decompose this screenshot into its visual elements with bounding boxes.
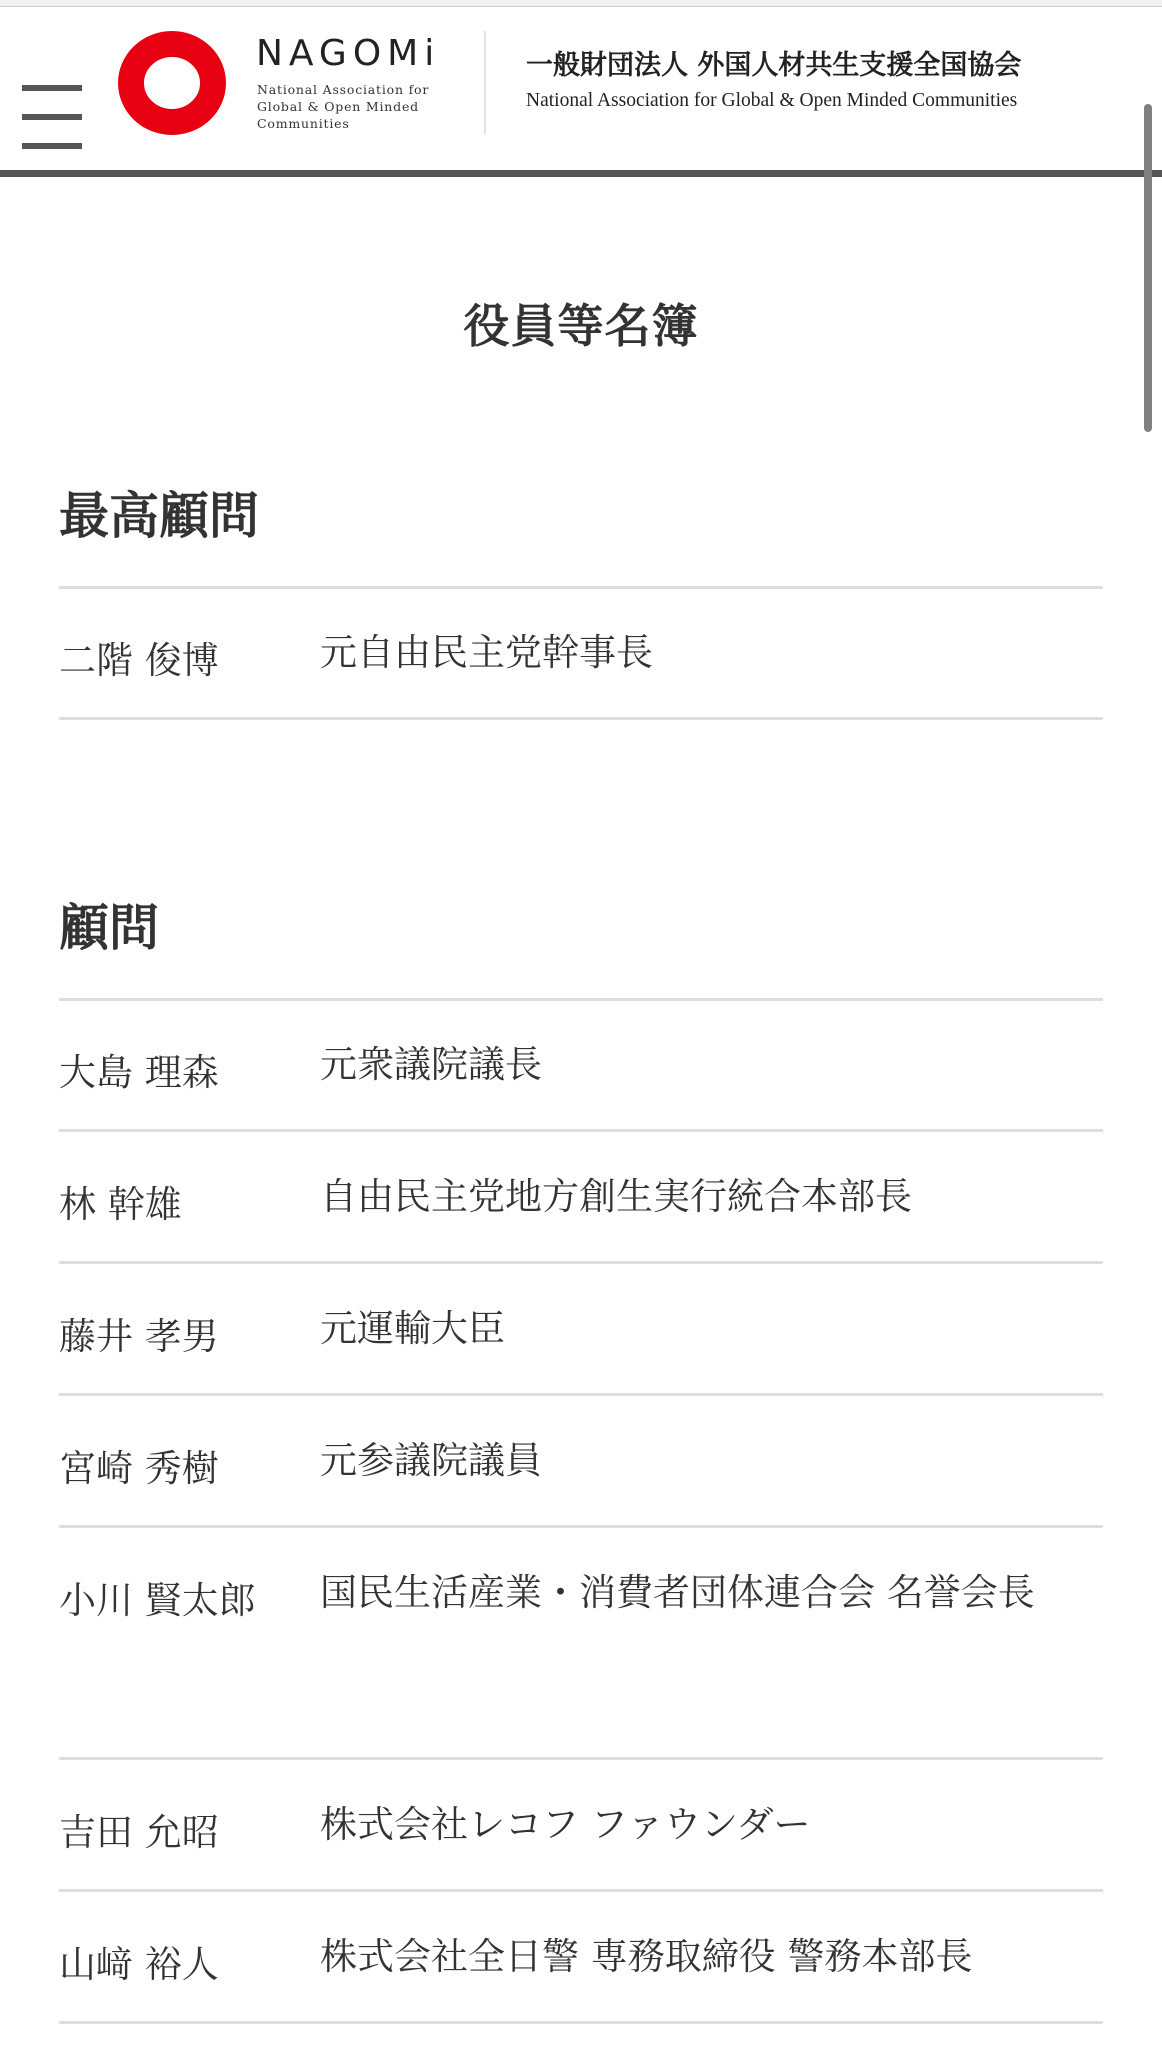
brand-name[interactable]: NAGOMi <box>256 33 440 74</box>
member-name: 二階 俊博 <box>59 630 219 684</box>
divider <box>59 586 1103 589</box>
member-role: 元参議院議員 <box>320 1411 1110 1511</box>
header-bottom-bar <box>0 170 1162 177</box>
divider <box>59 1525 1103 1528</box>
brand-subtitle: National Association for Global & Open M… <box>257 81 457 132</box>
member-name: 吉田 允昭 <box>59 1802 219 1856</box>
divider <box>59 1129 1103 1132</box>
member-role: 株式会社全日警 専務取締役 警務本部長 <box>320 1907 1110 2007</box>
member-name: 宮崎 秀樹 <box>59 1438 219 1492</box>
member-role: 自由民主党地方創生実行統合本部長 <box>320 1147 1110 1247</box>
divider <box>59 1393 1103 1396</box>
member-name: 大島 理森 <box>59 1042 219 1096</box>
member-name: 藤井 孝男 <box>59 1306 219 1360</box>
section-heading-advisor: 顧問 <box>59 888 159 960</box>
nagomi-logo-icon[interactable] <box>118 31 226 135</box>
divider <box>59 1757 1103 1760</box>
hamburger-menu-button[interactable] <box>22 85 82 153</box>
divider <box>59 1889 1103 1892</box>
browser-top-edge <box>0 0 1162 7</box>
menu-bar-icon <box>22 85 82 91</box>
menu-bar-icon <box>22 143 82 149</box>
org-name-en: National Association for Global & Open M… <box>526 90 1017 112</box>
divider <box>59 717 1103 720</box>
divider <box>59 2021 1103 2024</box>
member-name: 山﨑 裕人 <box>59 1934 219 1988</box>
menu-bar-icon <box>22 114 82 120</box>
member-role: 元衆議院議長 <box>320 1015 1110 1115</box>
header-divider <box>484 31 486 135</box>
member-name: 林 幹雄 <box>59 1174 182 1228</box>
member-name: 小川 賢太郎 <box>59 1570 256 1624</box>
member-role: 株式会社レコフ ファウンダー <box>320 1775 1110 1875</box>
page-title: 役員等名簿 <box>0 290 1162 356</box>
scrollbar[interactable] <box>1144 104 1152 432</box>
section-heading-supreme-advisor: 最高顧問 <box>59 476 259 548</box>
member-role: 元運輸大臣 <box>320 1279 1110 1379</box>
member-role: 国民生活産業・消費者団体連合会 名誉会長 <box>320 1543 1110 1643</box>
divider <box>59 998 1103 1001</box>
divider <box>59 1261 1103 1264</box>
org-name-jp: 一般財団法人 外国人材共生支援全国協会 <box>526 43 1021 82</box>
site-header: NAGOMi National Association for Global &… <box>0 7 1162 170</box>
member-role: 元自由民主党幹事長 <box>320 603 1110 703</box>
